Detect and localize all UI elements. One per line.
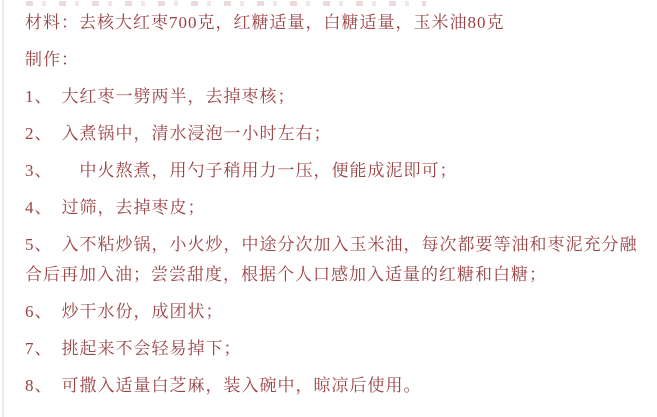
step-text: 炒干水份，成团状； (62, 302, 224, 321)
step-marker: 5、 (25, 230, 53, 260)
step-text: 可撒入适量白芝麻，装入碗中，晾凉后使用。 (62, 376, 422, 395)
recipe-text-block: 材料：去核大红枣700克，红糖适量，白糖适量，玉米油80克 制作： 1、大红枣一… (25, 8, 645, 408)
step-marker: 4、 (25, 193, 53, 223)
step-text: 过筛，去掉枣皮； (62, 198, 206, 217)
steps-heading: 制作： (25, 45, 645, 75)
step-text: 大红枣一劈两半，去掉枣核； (62, 87, 296, 106)
step-text: 入不粘炒锅，小火炒，中途分次加入玉米油，每次都要等油和枣泥充分融合后再加入油；尝… (25, 235, 638, 284)
left-border-line (2, 0, 4, 417)
recipe-step: 7、挑起来不会轻易掉下； (25, 334, 645, 364)
step-text: 中火熬煮，用勺子稍用力一压，便能成泥即可； (62, 161, 458, 180)
step-text: 入煮锅中，清水浸泡一小时左右； (62, 124, 332, 143)
recipe-step: 1、大红枣一劈两半，去掉枣核； (25, 82, 645, 112)
cropped-text-fragment (26, 1, 426, 6)
recipe-step: 3、 中火熬煮，用勺子稍用力一压，便能成泥即可； (25, 156, 645, 186)
step-marker: 1、 (25, 82, 53, 112)
step-marker: 3、 (25, 156, 53, 186)
ingredients-line: 材料：去核大红枣700克，红糖适量，白糖适量，玉米油80克 (25, 8, 645, 38)
recipe-step: 4、过筛，去掉枣皮； (25, 193, 645, 223)
recipe-page: 材料：去核大红枣700克，红糖适量，白糖适量，玉米油80克 制作： 1、大红枣一… (0, 0, 657, 417)
step-marker: 2、 (25, 119, 53, 149)
step-marker: 6、 (25, 297, 53, 327)
recipe-step: 2、入煮锅中，清水浸泡一小时左右； (25, 119, 645, 149)
step-text: 挑起来不会轻易掉下； (62, 339, 242, 358)
recipe-step: 5、入不粘炒锅，小火炒，中途分次加入玉米油，每次都要等油和枣泥充分融合后再加入油… (25, 230, 645, 290)
recipe-step: 6、炒干水份，成团状； (25, 297, 645, 327)
recipe-step: 8、可撒入适量白芝麻，装入碗中，晾凉后使用。 (25, 371, 645, 401)
step-marker: 8、 (25, 371, 53, 401)
step-marker: 7、 (25, 334, 53, 364)
